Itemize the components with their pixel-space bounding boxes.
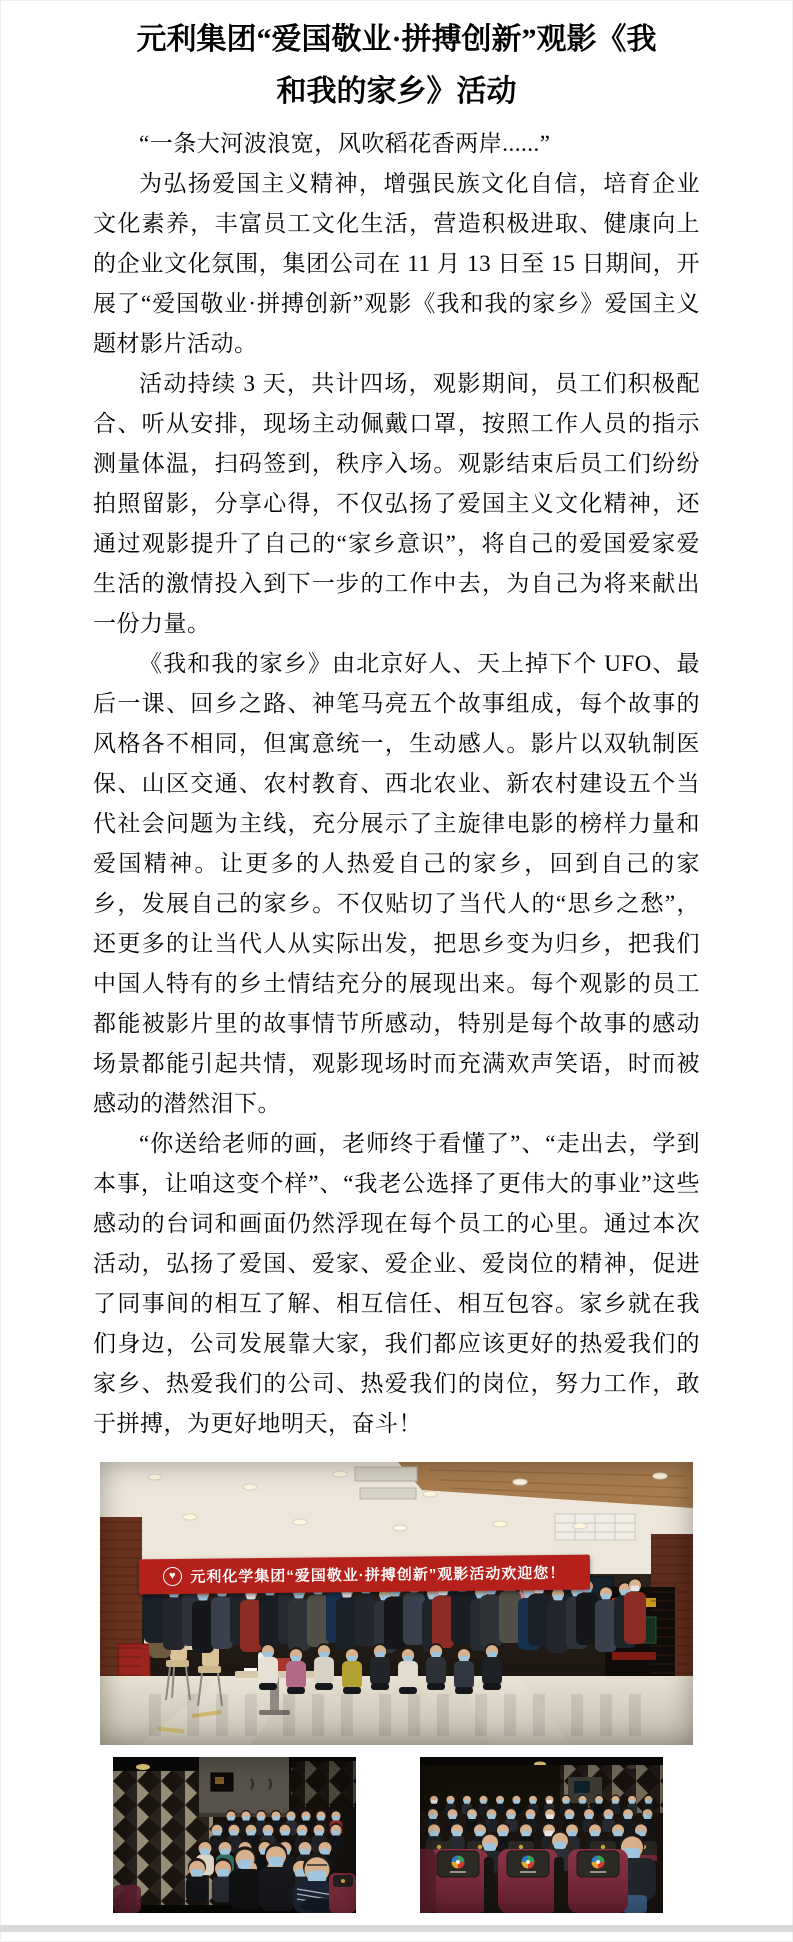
cinema-photo-right-svg [420,1757,663,1913]
article-title: 元利集团“爱国敬业·拼搏创新”观影《我 和我的家乡》活动 [93,14,700,118]
photo-section: ♥ 元利化学集团“爱国敬业·拼搏创新”观影活动欢迎您！ [93,1462,700,1913]
article-title-line-2: 和我的家乡》活动 [93,66,700,118]
group-photo-svg [100,1462,693,1745]
article-body: “一条大河波浪宽，风吹稻花香两岸......” 为弘扬爱国主义精神，增强民族文化… [93,124,700,1444]
cinema-photo-left [113,1757,356,1913]
welcome-banner-text: 元利化学集团“爱国敬业·拼搏创新”观影活动欢迎您！ [190,1562,565,1587]
photo-row [93,1757,700,1913]
bottom-spacer [0,1932,793,1942]
paragraph: “你送给老师的画，老师终于看懂了”、“走出去，学到本事，让咱这变个样”、“我老公… [93,1124,700,1444]
paragraph: 为弘扬爱国主义精神，增强民族文化自信，培育企业文化素养，丰富员工文化生活，营造积… [93,164,700,364]
group-photo: ♥ 元利化学集团“爱国敬业·拼搏创新”观影活动欢迎您！ [100,1462,693,1745]
welcome-banner: ♥ 元利化学集团“爱国敬业·拼搏创新”观影活动欢迎您！ [138,1554,589,1594]
paragraph-quote: “一条大河波浪宽，风吹稻花香两岸......” [93,124,700,164]
page-bottom-divider [0,1925,793,1932]
cinema-photo-left-svg [113,1757,356,1913]
document-body: { "article": { "title": "元利集团“爱国敬业·拼搏创新”… [0,0,793,1942]
article-title-line-1: 元利集团“爱国敬业·拼搏创新”观影《我 [93,14,700,66]
paragraph: 《我和我的家乡》由北京好人、天上掉下个 UFO、最后一课、回乡之路、神笔马亮五个… [93,644,700,1124]
paragraph: 活动持续 3 天，共计四场，观影期间，员工们积极配合、听从安排，现场主动佩戴口罩… [93,364,700,644]
article-page: 元利集团“爱国敬业·拼搏创新”观影《我 和我的家乡》活动 “一条大河波浪宽，风吹… [93,0,700,1913]
heart-logo-icon: ♥ [163,1567,182,1586]
cinema-photo-right [420,1757,663,1913]
